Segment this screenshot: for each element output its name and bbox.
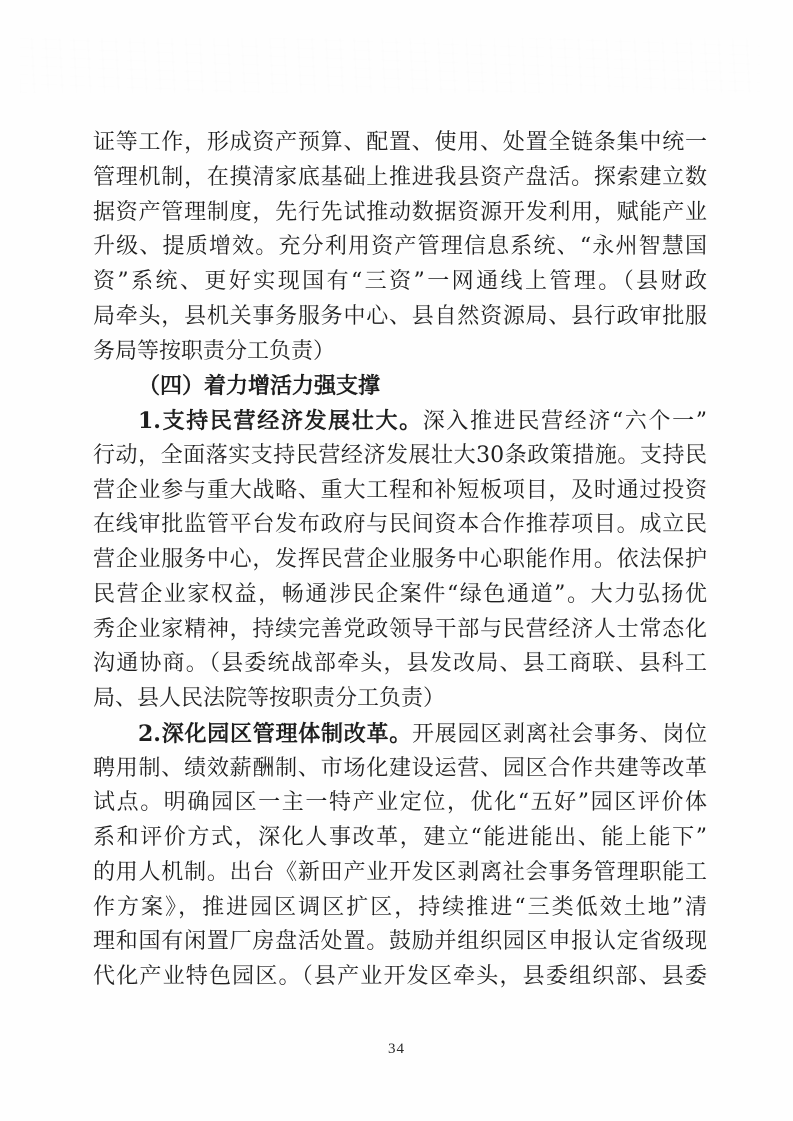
document-body: 证等工作，形成资产预算、配置、使用、处置全链条集中统一 管理机制，在摸清家底基础…: [93, 126, 707, 995]
scan-artifact: [20, 38, 760, 93]
text-line: 升级、提质增效。充分利用资产管理信息系统、“永州智慧国: [93, 230, 707, 265]
text-line: 1.支持民营经济发展壮大。深入推进民营经济“六个一”: [93, 404, 707, 439]
text-line: 据资产管理制度，先行先试推动数据资源开发利用，赋能产业: [93, 196, 707, 231]
page-number: 34: [0, 1041, 793, 1058]
text-line: 2.深化园区管理体制改革。开展园区剥离社会事务、岗位: [93, 717, 707, 752]
text-line: 系和评价方式，深化人事改革，建立“能进能出、能上能下”: [93, 821, 707, 856]
paragraph-text: 开展园区剥离社会事务、岗位: [412, 722, 707, 747]
text-line: 秀企业家精神，持续完善党政领导干部与民营经济人士常态化: [93, 613, 707, 648]
text-line: 资”系统、更好实现国有“三资”一网通线上管理。（县财政: [93, 265, 707, 300]
text-line: 管理机制，在摸清家底基础上推进我县资产盘活。探索建立数: [93, 161, 707, 196]
text-line: 局、县人民法院等按职责分工负责）: [93, 682, 707, 717]
text-line: 在线审批监管平台发布政府与民间资本合作推荐项目。成立民: [93, 508, 707, 543]
text-line: 民营企业家权益，畅通涉民企案件“绿色通道”。大力弘扬优: [93, 578, 707, 613]
text-line: 证等工作，形成资产预算、配置、使用、处置全链条集中统一: [93, 126, 707, 161]
text-line: 代化产业特色园区。（县产业开发区牵头，县委组织部、县委: [93, 960, 707, 995]
paragraph-lead: 1.支持民营经济发展壮大。: [138, 408, 423, 434]
text-line: 营企业参与重大战略、重大工程和补短板项目，及时通过投资: [93, 474, 707, 509]
text-line: 沟通协商。（县委统战部牵头，县发改局、县工商联、县科工: [93, 647, 707, 682]
text-line: 试点。明确园区一主一特产业定位，优化“五好”园区评价体: [93, 786, 707, 821]
section-heading: （四）着力增活力强支撑: [93, 369, 707, 404]
text-line: 理和国有闲置厂房盘活处置。鼓励并组织园区申报认定省级现: [93, 925, 707, 960]
paragraph-lead: 2.深化园区管理体制改革。: [138, 721, 412, 747]
document-page: 证等工作，形成资产预算、配置、使用、处置全链条集中统一 管理机制，在摸清家底基础…: [0, 0, 793, 1121]
text-line: 务局等按职责分工负责）: [93, 335, 707, 370]
text-line: 营企业服务中心，发挥民营企业服务中心职能作用。依法保护: [93, 543, 707, 578]
text-line: 的用人机制。出台《新田产业开发区剥离社会事务管理职能工: [93, 856, 707, 891]
text-line: 行动，全面落实支持民营经济发展壮大30条政策措施。支持民: [93, 439, 707, 474]
text-line: 作方案》，推进园区调区扩区，持续推进“三类低效土地”清: [93, 891, 707, 926]
text-line: 局牵头，县机关事务服务中心、县自然资源局、县行政审批服: [93, 300, 707, 335]
text-line: 聘用制、绩效薪酬制、市场化建设运营、园区合作共建等改革: [93, 752, 707, 787]
paragraph-text: 深入推进民营经济“六个一”: [423, 409, 707, 434]
